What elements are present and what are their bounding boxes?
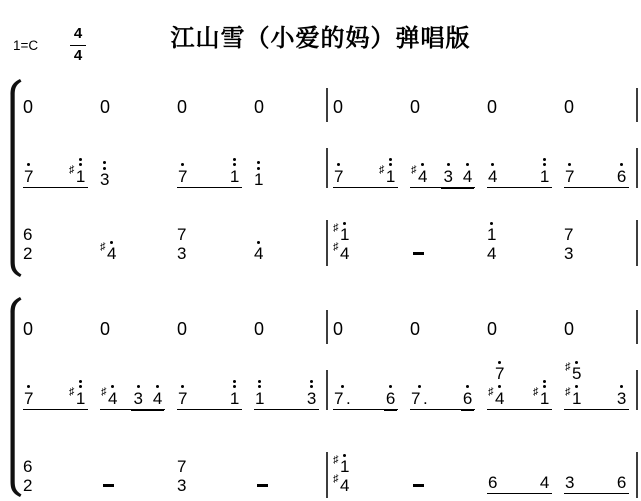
rest-note: 0: [23, 320, 33, 338]
beat: 13: [249, 379, 326, 411]
octave-dot: [79, 380, 82, 383]
note-digit: 7: [565, 168, 574, 185]
rest-note: 0: [333, 98, 343, 116]
octave-dot: [27, 385, 30, 388]
beat: 7.6: [328, 384, 405, 410]
system: 000000007♯137117♯1♯434417662♯4734♯1♯4147…: [0, 78, 641, 278]
sharp-icon: ♯: [565, 387, 572, 398]
note: 1: [540, 157, 549, 185]
measure: 7.67.67♯4♯1♯5♯13: [328, 360, 636, 411]
note: 4: [463, 162, 472, 185]
octave-dot: [568, 163, 571, 166]
note-body: 3: [617, 390, 626, 407]
beat: 41: [482, 157, 559, 189]
measure: ♯1♯41473: [328, 221, 636, 263]
note-body: 6: [23, 226, 32, 243]
chord: ♯1♯4: [333, 453, 349, 495]
system: 000000007♯1♯43471137.67.67♯4♯1♯5♯136273♯…: [0, 296, 641, 498]
note-digit: 3: [307, 390, 316, 407]
octave-dot: [258, 380, 261, 383]
note-body: ♯4: [411, 168, 427, 185]
beat: 7.6: [405, 384, 482, 410]
note-body: 7.: [334, 390, 351, 407]
note-digit: 1: [540, 168, 549, 185]
note: 7: [565, 162, 574, 185]
time-signature-numerator: 4: [68, 25, 88, 44]
beat: 0: [95, 320, 172, 338]
note: 6: [617, 474, 626, 491]
beat: 0: [18, 320, 95, 338]
page-title: 江山雪（小爱的妈）弹唱版: [0, 18, 641, 53]
beat: 62: [18, 226, 95, 262]
beam-group: 71: [177, 379, 242, 411]
note-digit: 1: [540, 390, 549, 407]
rest-note: 0: [100, 320, 110, 338]
octave-dots: [543, 379, 546, 390]
note-digit: 6: [23, 226, 32, 243]
note-digit: 3: [177, 245, 186, 262]
note: 1: [230, 157, 239, 185]
sharp-icon: ♯: [69, 165, 76, 176]
note-digit: 4: [487, 245, 496, 262]
rest-note: 0: [254, 320, 264, 338]
note-digit: 1: [572, 390, 581, 407]
sharp-icon: ♯: [333, 474, 340, 485]
note: 1: [254, 160, 263, 188]
beat: 0: [249, 98, 326, 116]
measure: 7♯13711: [18, 157, 326, 189]
time-signature: 4 4: [68, 25, 88, 66]
note-digit: 7: [334, 168, 343, 185]
note-body: ♯4: [333, 477, 349, 494]
measure: 7♯1♯4344176: [328, 157, 636, 189]
octave-dot: [543, 158, 546, 161]
note: ♯1: [533, 379, 549, 407]
note-digit: 6: [386, 390, 395, 407]
octave-dot: [111, 385, 114, 388]
note: 4: [488, 162, 497, 185]
note-body: 4: [540, 474, 549, 491]
measure: 7♯1♯4347113: [18, 379, 326, 411]
note-body: ♯1: [565, 390, 581, 407]
note-digit: 7: [177, 458, 186, 475]
beat: 0: [95, 98, 172, 116]
note-body: 3: [100, 171, 109, 188]
note-body: 6: [617, 168, 626, 185]
note: 6: [23, 458, 32, 475]
beat: 0: [18, 98, 95, 116]
note-body: ♯1: [69, 390, 85, 407]
note: 6: [386, 384, 395, 407]
note-body: 1: [254, 171, 263, 188]
sharp-icon: ♯: [488, 387, 495, 398]
note-digit: 7: [334, 390, 343, 407]
note: 7: [564, 226, 573, 243]
sustain-dash: [257, 484, 268, 487]
measure: 0000: [328, 98, 636, 116]
octave-dot: [421, 163, 424, 166]
octave-dot: [79, 158, 82, 161]
measure: 6273: [18, 458, 326, 494]
octave-dot: [447, 163, 450, 166]
note-body: 7: [564, 226, 573, 243]
note-body: 7: [177, 458, 186, 475]
note-digit: 4: [107, 245, 116, 262]
chord: 14: [487, 221, 496, 263]
sixteenth-beam-group: 34: [443, 162, 472, 185]
note-body: 7: [565, 168, 574, 185]
note: 4: [540, 474, 549, 491]
octave-dot: [103, 161, 106, 164]
note: 7: [495, 360, 504, 383]
note: 7: [178, 384, 187, 407]
note-body: 7: [177, 226, 186, 243]
note: 7: [24, 384, 33, 407]
rest-row: 00000000: [18, 298, 638, 338]
note-body: 7: [24, 168, 33, 185]
octave-dot: [491, 163, 494, 166]
note-body: 2: [23, 245, 32, 262]
sustain-dash: [413, 484, 424, 487]
note-digit: 4: [495, 390, 504, 407]
note: 6: [488, 474, 497, 491]
octave-dot: [466, 385, 469, 388]
note-body: 6: [617, 474, 626, 491]
note: ♯1: [379, 157, 395, 185]
note-digit: 4: [340, 245, 349, 262]
note-body: 7: [24, 390, 33, 407]
note-body: 7.: [411, 390, 428, 407]
octave-dot: [543, 163, 546, 166]
beat: 3: [95, 160, 172, 188]
note-digit: 3: [565, 474, 574, 491]
note-digit: 4: [418, 168, 427, 185]
beat: 64: [482, 474, 559, 495]
note: 4: [153, 384, 162, 407]
sharp-icon: ♯: [333, 242, 340, 253]
barline: [636, 310, 638, 344]
note: ♯1: [565, 384, 581, 407]
sharp-icon: ♯: [101, 387, 108, 398]
octave-dot: [258, 385, 261, 388]
octave-dot: [233, 385, 236, 388]
beat: 0: [405, 98, 482, 116]
barline: [636, 370, 638, 410]
rest-note: 0: [254, 98, 264, 116]
note-digit: 4: [540, 474, 549, 491]
octave-dot: [389, 158, 392, 161]
note-digit: 3: [443, 168, 452, 185]
octave-dot: [620, 385, 623, 388]
note: 7: [177, 226, 186, 243]
note-digit: 7: [24, 168, 33, 185]
sharp-icon: ♯: [69, 387, 76, 398]
note: ♯1: [333, 453, 349, 476]
beat: ♯434: [405, 162, 482, 188]
note: 4: [487, 245, 496, 262]
note: 7.: [334, 384, 351, 407]
note-body: 6: [463, 390, 472, 407]
note: 6: [463, 384, 472, 407]
note-digit: 6: [617, 474, 626, 491]
note-body: 4: [488, 168, 497, 185]
note-digit: 6: [488, 474, 497, 491]
note-digit: 5: [572, 365, 581, 382]
note-body: ♯4: [100, 245, 116, 262]
note-digit: 3: [564, 245, 573, 262]
note-digit: 4: [340, 477, 349, 494]
sharp-icon: ♯: [411, 165, 418, 176]
octave-dot: [79, 385, 82, 388]
beat: 7♯1: [328, 157, 405, 189]
octave-dot: [498, 385, 501, 388]
beam-group: 36: [564, 474, 629, 495]
chord: 62: [23, 226, 32, 262]
rest-note: 0: [100, 98, 110, 116]
note-body: 1: [540, 168, 549, 185]
beat: [405, 484, 482, 494]
note: 3: [307, 379, 316, 407]
rest-note: 0: [564, 320, 574, 338]
note-digit: 7: [178, 168, 187, 185]
beat: 73: [172, 226, 249, 262]
note-body: ♯4: [333, 245, 349, 262]
octave-dots: [233, 379, 236, 390]
octave-dot: [27, 163, 30, 166]
beat: 7♯4♯1: [482, 360, 559, 411]
note: 3: [177, 245, 186, 262]
beat: 36: [559, 474, 636, 495]
note-digit: 1: [230, 390, 239, 407]
octave-dot: [543, 385, 546, 388]
note-body: 1: [230, 168, 239, 185]
beat: 0: [172, 320, 249, 338]
note-body: 1: [230, 390, 239, 407]
octave-dots: [543, 157, 546, 168]
note: ♯4: [488, 384, 504, 407]
measure: ♯1♯46436: [328, 453, 636, 495]
octave-dot: [389, 385, 392, 388]
rest-note: 0: [564, 98, 574, 116]
beat: 62: [18, 458, 95, 494]
chord: 73: [177, 458, 186, 494]
note: 3: [443, 162, 452, 185]
barline: [636, 88, 638, 122]
beat: 0: [482, 320, 559, 338]
beat: 7♯1: [18, 157, 95, 189]
note-digit: 1: [255, 390, 264, 407]
sharp-icon: ♯: [379, 165, 386, 176]
note-digit: 4: [463, 168, 472, 185]
note-body: 3: [443, 168, 452, 185]
beam-group: 64: [487, 474, 552, 495]
note-digit: 2: [23, 477, 32, 494]
octave-dot: [543, 380, 546, 383]
note-body: ♯1: [379, 168, 395, 185]
note: 7.: [411, 384, 428, 407]
rest-note: 0: [177, 320, 187, 338]
note-digit: 1: [254, 171, 263, 188]
chord: ♯5♯1: [565, 360, 581, 407]
augmentation-dot: .: [423, 390, 428, 407]
melody-row: 7♯1♯43471137.67.67♯4♯1♯5♯13: [18, 358, 638, 410]
note-digit: 6: [463, 390, 472, 407]
octave-dots: [233, 157, 236, 168]
beam-group: ♯434: [410, 162, 475, 188]
note: ♯4: [333, 245, 349, 262]
octave-dot: [181, 385, 184, 388]
beam-group: ♯434: [100, 384, 165, 410]
note-digit: 7: [495, 365, 504, 382]
note-body: 3: [133, 390, 142, 407]
barline: [636, 148, 638, 188]
note-body: ♯4: [101, 390, 117, 407]
sharp-icon: ♯: [333, 223, 340, 234]
note-body: 3: [307, 390, 316, 407]
beam-group: 76: [564, 162, 629, 188]
note-body: 6: [386, 390, 395, 407]
octave-dot: [389, 163, 392, 166]
note-digit: 3: [100, 171, 109, 188]
beat: 0: [559, 98, 636, 116]
note: 2: [23, 477, 32, 494]
bass-row: 6273♯1♯46436: [18, 438, 638, 494]
beat: 0: [172, 98, 249, 116]
note: 6: [617, 162, 626, 185]
note-body: 2: [23, 477, 32, 494]
chord: 62: [23, 458, 32, 494]
melody-row: 7♯137117♯1♯4344176: [18, 136, 638, 188]
note: ♯4: [101, 384, 117, 407]
note-digit: 4: [153, 390, 162, 407]
chord: ♯1♯4: [333, 221, 349, 263]
rest-note: 0: [487, 98, 497, 116]
note-body: ♯1: [69, 168, 85, 185]
beat: 7♯1: [18, 379, 95, 411]
beat: 1: [249, 160, 326, 188]
note-body: ♯4: [488, 390, 504, 407]
note-digit: 1: [487, 226, 496, 243]
beat: 0: [482, 98, 559, 116]
measure: 0000: [328, 320, 636, 338]
chord: 7♯4: [488, 360, 504, 407]
key-signature: 1=C: [13, 38, 38, 53]
note-body: 4: [463, 168, 472, 185]
chord: 73: [564, 226, 573, 262]
note: ♯1: [69, 157, 85, 185]
note-digit: 7: [411, 390, 420, 407]
measure: 0000: [18, 98, 326, 116]
beat: 0: [405, 320, 482, 338]
beat: ♯434: [95, 384, 172, 410]
beat: [95, 484, 172, 494]
note-body: 7: [178, 390, 187, 407]
note-digit: 1: [76, 168, 85, 185]
beat: [405, 252, 482, 262]
octave-dot: [233, 163, 236, 166]
note-digit: 1: [76, 390, 85, 407]
beat: 76: [559, 162, 636, 188]
sheet-music-page: 江山雪（小爱的妈）弹唱版 1=C 4 4 000000007♯137117♯1♯…: [0, 0, 641, 501]
octave-dot: [233, 380, 236, 383]
rest-note: 0: [333, 320, 343, 338]
note-digit: 4: [254, 245, 263, 262]
note: 6: [23, 226, 32, 243]
note-body: 7: [334, 168, 343, 185]
sustain-dash: [103, 484, 114, 487]
note: 7: [177, 458, 186, 475]
note-digit: 3: [133, 390, 142, 407]
note-digit: 1: [340, 226, 349, 243]
note: 7: [334, 162, 343, 185]
note-body: 6: [23, 458, 32, 475]
beam-group: 41: [487, 157, 552, 189]
sustain-dash: [413, 252, 424, 255]
note: 4: [254, 240, 263, 263]
beat: 0: [328, 98, 405, 116]
beam-group: 7.6: [333, 384, 398, 410]
beam-group: 71: [177, 157, 242, 189]
sixteenth-beam-group: 34: [133, 384, 162, 407]
time-signature-denominator: 4: [68, 47, 88, 66]
note-body: 4: [254, 245, 263, 262]
octave-dots: [310, 379, 313, 390]
beat: 14: [482, 221, 559, 263]
note-digit: 3: [617, 390, 626, 407]
octave-dot: [466, 163, 469, 166]
note-digit: 4: [488, 168, 497, 185]
rest-note: 0: [177, 98, 187, 116]
octave-dot: [418, 385, 421, 388]
rest-row: 00000000: [18, 78, 638, 116]
note: 3: [617, 384, 626, 407]
beat: 0: [559, 320, 636, 338]
note: 7: [178, 162, 187, 185]
barline: [636, 220, 638, 266]
note: 1: [255, 379, 264, 407]
octave-dot: [257, 161, 260, 164]
rest-note: 0: [410, 320, 420, 338]
note: 3: [100, 160, 109, 188]
octave-dot: [79, 163, 82, 166]
octave-dot: [575, 385, 578, 388]
octave-dots: [389, 157, 392, 168]
note-body: 3: [564, 245, 573, 262]
note-body: 3: [565, 474, 574, 491]
beat: ♯1♯4: [328, 453, 405, 495]
sharp-icon: ♯: [100, 242, 107, 253]
rest-note: 0: [487, 320, 497, 338]
note-body: 3: [177, 245, 186, 262]
chord: 73: [177, 226, 186, 262]
beam-group: 7♯1: [333, 157, 398, 189]
beam-group: 7♯1: [23, 157, 88, 189]
note-digit: 6: [617, 168, 626, 185]
note-body: 7: [495, 365, 504, 382]
note-digit: 7: [564, 226, 573, 243]
note: ♯4: [100, 240, 116, 263]
beat: ♯4: [95, 240, 172, 263]
note-body: 1: [255, 390, 264, 407]
beam-group: ♯5♯13: [564, 360, 629, 411]
note-body: 1: [487, 226, 496, 243]
note-body: ♯1: [533, 390, 549, 407]
beat: 73: [559, 226, 636, 262]
note: ♯1: [333, 221, 349, 244]
sharp-icon: ♯: [565, 362, 572, 373]
note-body: 4: [153, 390, 162, 407]
sharp-icon: ♯: [533, 387, 540, 398]
